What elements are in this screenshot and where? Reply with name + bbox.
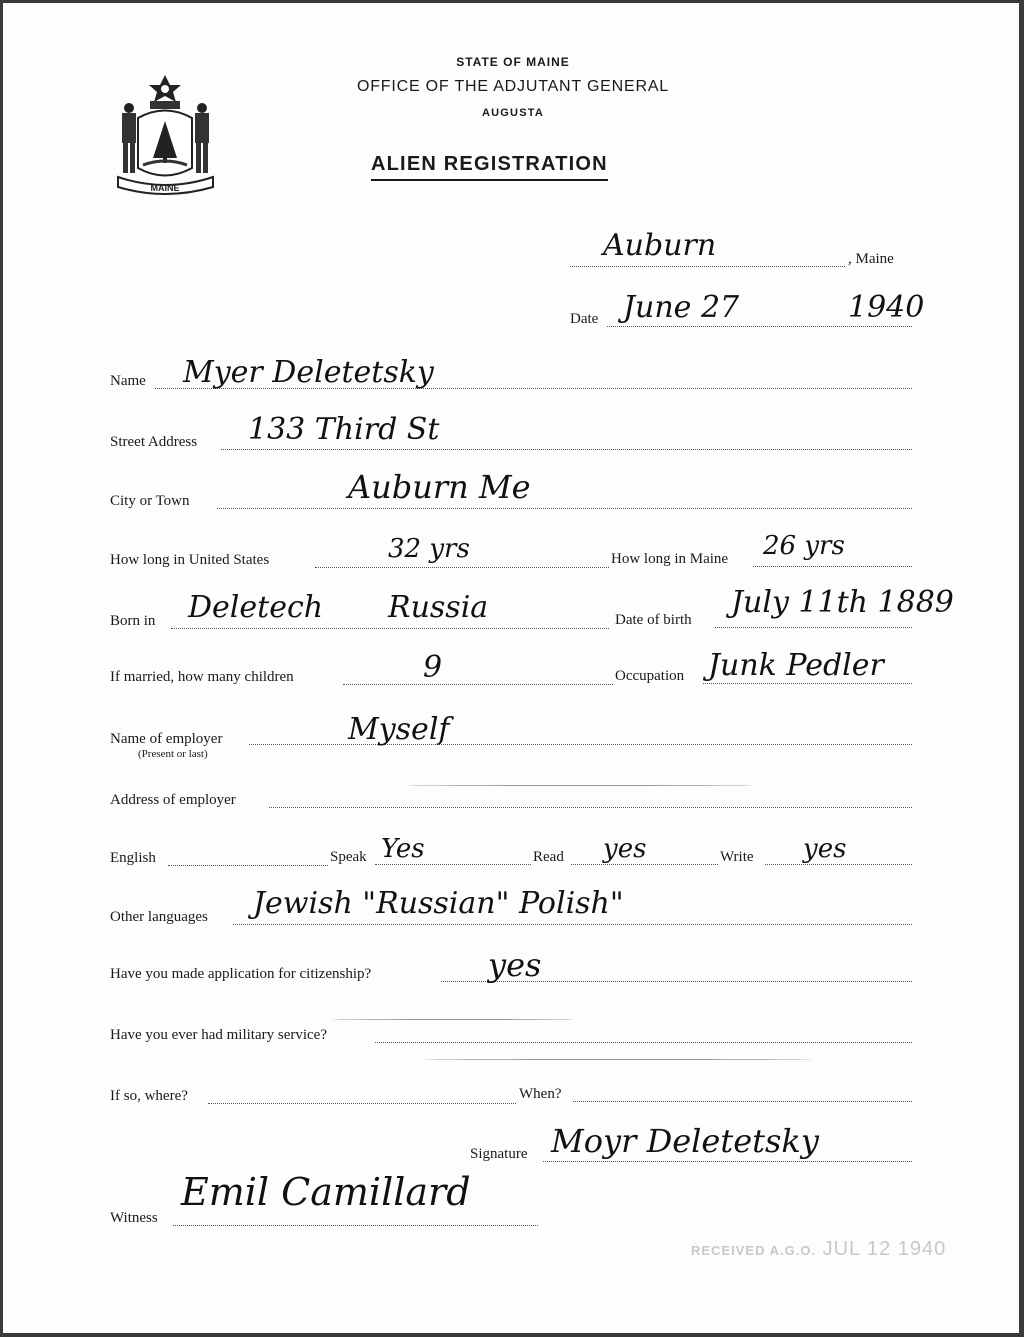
location-line: [570, 266, 845, 267]
date-month-day[interactable]: June 27: [623, 293, 739, 323]
signature-label: Signature: [470, 1146, 528, 1331]
where-dash: [423, 1059, 813, 1060]
city-heading: AUGUSTA: [303, 107, 723, 119]
location-value[interactable]: Auburn: [603, 231, 716, 261]
stamp-prefix: RECEIVED A.G.O.: [691, 1243, 816, 1258]
street-line: [221, 449, 912, 450]
signature-line: [543, 1161, 912, 1162]
employer-sublabel: (Present or last): [138, 748, 208, 760]
svg-text:MAINE: MAINE: [151, 183, 180, 193]
street-value[interactable]: 133 Third St: [248, 415, 439, 445]
witness-label: Witness: [110, 1210, 158, 1331]
city-line: [217, 508, 912, 509]
dob-line: [715, 627, 912, 628]
maine-seal-icon: MAINE: [113, 73, 218, 198]
state-heading: STATE OF MAINE: [303, 55, 723, 69]
witness-value[interactable]: Emil Camillard: [181, 1173, 471, 1211]
speak-line: [375, 864, 531, 865]
write-value[interactable]: yes: [803, 836, 846, 862]
english-line: [168, 865, 328, 866]
other-languages-value[interactable]: Jewish "Russian" Polish": [253, 889, 624, 919]
children-line: [343, 684, 613, 685]
write-line: [765, 864, 912, 865]
occupation-label: Occupation: [615, 668, 684, 1331]
children-value[interactable]: 9: [423, 653, 442, 683]
city-value[interactable]: Auburn Me: [348, 471, 531, 503]
speak-value[interactable]: Yes: [381, 836, 425, 862]
born-in-value[interactable]: Deletech: [188, 593, 323, 623]
registration-form: MAINE STATE OF MAINE OFFICE OF THE ADJUT…: [3, 3, 1019, 1333]
read-value[interactable]: yes: [603, 836, 646, 862]
dob-value[interactable]: July 11th 1889: [731, 588, 954, 618]
stamp-date: JUL 12 1940: [823, 1238, 947, 1260]
witness-line: [173, 1225, 538, 1226]
employer-address-dash: [408, 785, 753, 786]
military-line: [375, 1042, 912, 1043]
employer-value[interactable]: Myself: [348, 715, 450, 745]
when-line: [573, 1101, 912, 1102]
date-year[interactable]: 1940: [848, 293, 924, 323]
born-in-line: [171, 628, 609, 629]
occupation-value[interactable]: Junk Pedler: [708, 651, 884, 681]
date-line: [607, 326, 912, 327]
signature-value[interactable]: Moyr Deletetsky: [551, 1125, 819, 1157]
name-value[interactable]: Myer Deletetsky: [183, 358, 434, 388]
occupation-line: [703, 683, 912, 684]
years-maine-line: [753, 566, 912, 567]
born-country-value[interactable]: Russia: [388, 593, 488, 623]
employer-address-line: [269, 807, 912, 808]
years-maine-value[interactable]: 26 yrs: [763, 533, 845, 559]
location-suffix: , Maine: [848, 251, 894, 1331]
read-line: [571, 864, 718, 865]
date-label: Date: [570, 311, 598, 1331]
years-us-line: [315, 567, 609, 568]
military-dash: [333, 1019, 573, 1020]
form-title: ALIEN REGISTRATION: [371, 153, 608, 181]
years-us-value[interactable]: 32 yrs: [388, 536, 470, 562]
citizenship-value[interactable]: yes: [488, 949, 541, 981]
office-heading: OFFICE OF THE ADJUTANT GENERAL: [303, 78, 723, 96]
where-line: [208, 1103, 516, 1104]
other-languages-line: [233, 924, 912, 925]
received-stamp: RECEIVED A.G.O. JUL 12 1940: [691, 1238, 946, 1261]
